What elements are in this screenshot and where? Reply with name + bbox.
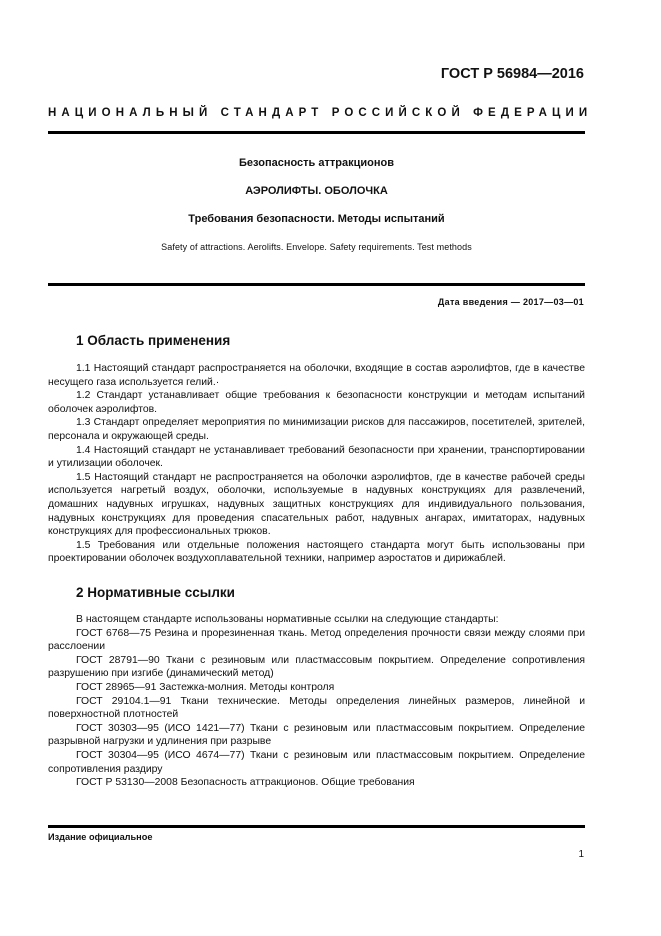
edition-label: Издание официальное [48,832,152,842]
paragraph: 1.5 Настоящий стандарт не распространяет… [48,471,585,539]
title-divider [48,283,585,286]
section-body-references: В настоящем стандарте использованы норма… [48,613,585,790]
standard-type: НАЦИОНАЛЬНЫЙ СТАНДАРТ РОССИЙСКОЙ ФЕДЕРАЦ… [48,107,585,119]
page-title: АЭРОЛИФТЫ. ОБОЛОЧКА [48,185,585,197]
section-heading-scope: 1 Область применения [76,333,230,348]
title-category: Безопасность аттракционов [48,157,585,169]
reference-item: ГОСТ 28965—91 Застежка-молния. Методы ко… [48,681,585,695]
page-subtitle: Требования безопасности. Методы испытани… [48,213,585,225]
reference-item: ГОСТ Р 53130—2008 Безопасность аттракцио… [48,776,585,790]
reference-item: ГОСТ 28791—90 Ткани с резиновым или плас… [48,654,585,681]
reference-item: ГОСТ 29104.1—91 Ткани технические. Метод… [48,695,585,722]
paragraph: 1.2 Стандарт устанавливает общие требова… [48,389,585,416]
paragraph: 1.4 Настоящий стандарт не устанавливает … [48,444,585,471]
reference-item: ГОСТ 6768—75 Резина и прорезиненная ткан… [48,627,585,654]
footer-divider [48,825,585,828]
header-divider [48,131,585,134]
paragraph: В настоящем стандарте использованы норма… [48,613,585,627]
section-heading-references: 2 Нормативные ссылки [76,585,235,600]
paragraph: 1.1 Настоящий стандарт распространяется … [48,362,585,389]
paragraph: 1.5 Требования или отдельные положения н… [48,539,585,566]
introduction-date: Дата введения — 2017—03—01 [438,297,584,307]
section-body-scope: 1.1 Настоящий стандарт распространяется … [48,362,585,566]
english-title: Safety of attractions. Aerolifts. Envelo… [48,242,585,252]
document-code: ГОСТ Р 56984—2016 [441,66,584,82]
page-number: 1 [578,849,584,860]
reference-item: ГОСТ 30303—95 (ИСО 1421—77) Ткани с рези… [48,722,585,749]
reference-item: ГОСТ 30304—95 (ИСО 4674—77) Ткани с рези… [48,749,585,776]
paragraph: 1.3 Стандарт определяет мероприятия по м… [48,416,585,443]
